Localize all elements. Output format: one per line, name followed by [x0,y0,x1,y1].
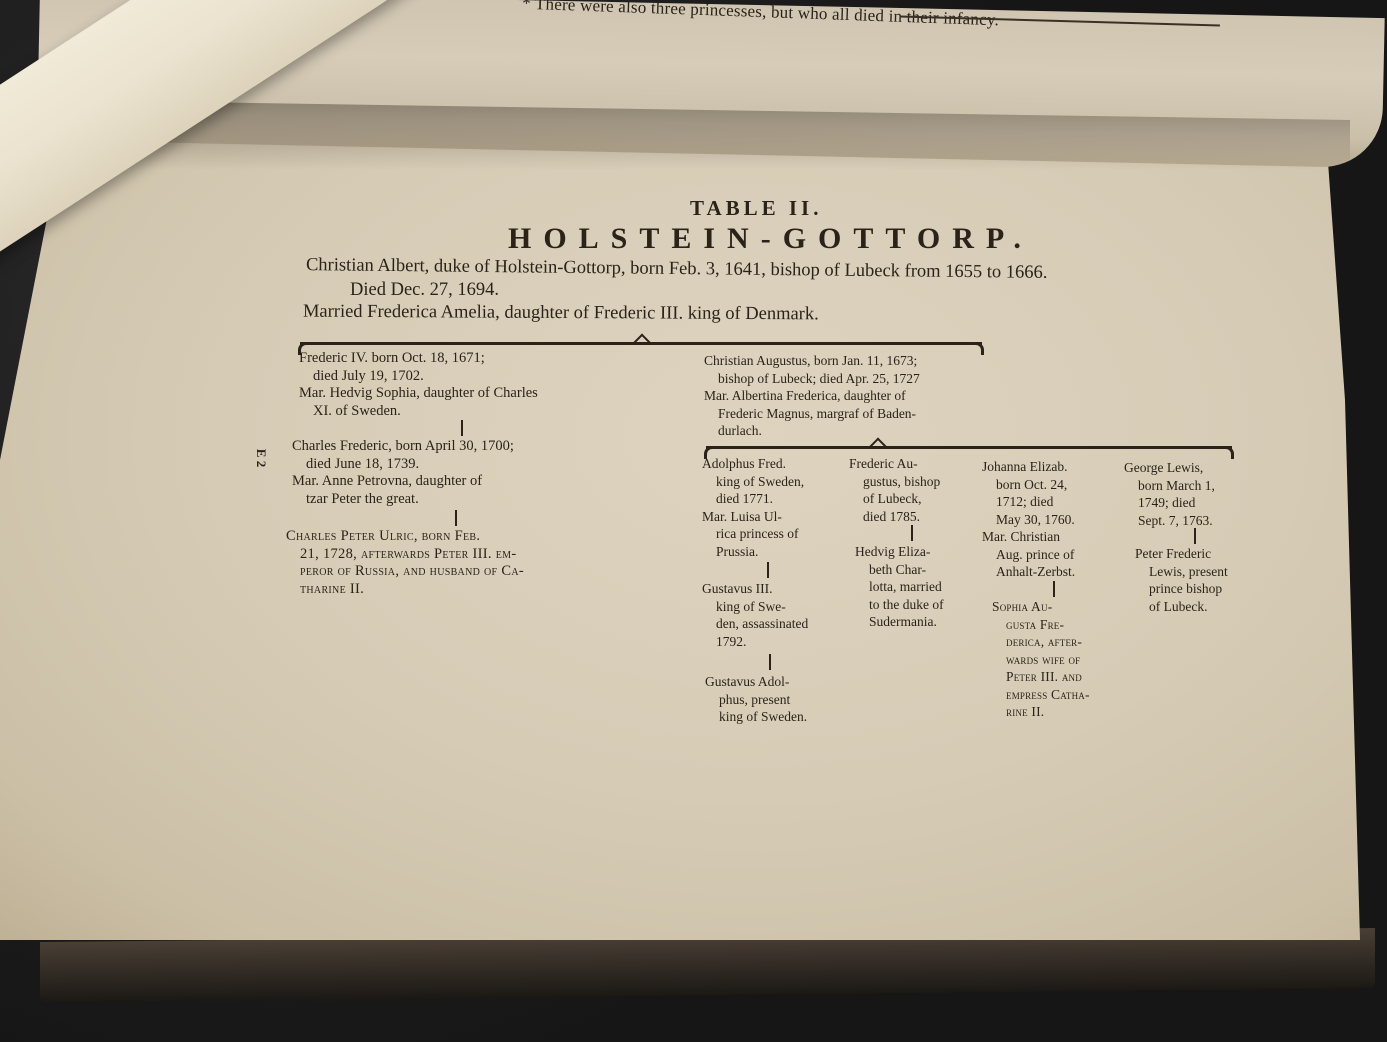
entry-line: bishop of Lubeck; died Apr. 25, 1727 [704,370,920,388]
entry-line: May 30, 1760. [982,511,1075,529]
entry-line: Mar. Christian [982,528,1075,546]
entry-line: Anhalt-Zerbst. [982,563,1075,581]
entry-hedvig-elizabeth-charlotta: Hedvig Eliza- beth Char- lotta, married … [855,543,944,631]
entry-charles-peter-ulric: Charles Peter Ulric, born Feb. 21, 1728,… [286,528,524,598]
descent-line [767,562,769,578]
entry-line: 1749; died [1124,494,1215,512]
entry-frederic-iv: Frederic IV. born Oct. 18, 1671; died Ju… [299,350,538,420]
entry-christian-augustus: Christian Augustus, born Jan. 11, 1673; … [704,352,920,440]
root-line-2: Died Dec. 27, 1694. [350,279,499,301]
entry-line: rica princess of [702,525,804,543]
entry-line: George Lewis, [1124,459,1215,477]
root-line-3: Married Frederica Amelia, daughter of Fr… [303,301,819,326]
entry-line: Christian Augustus, born Jan. 11, 1673; [704,352,920,370]
entry-line: Prussia. [702,543,804,561]
entry-frederic-augustus: Frederic Au- gustus, bishop of Lubeck, d… [849,455,940,525]
entry-line: Frederic Magnus, margraf of Baden- [704,405,920,423]
entry-line: Hedvig Eliza- [855,543,944,561]
entry-line: Sophia Au- [992,598,1090,616]
entry-line: phus, present [705,691,807,709]
entry-line: Charles Frederic, born April 30, 1700; [292,438,514,456]
entry-line: empress Catha- [992,686,1090,704]
entry-line: Lewis, present [1135,563,1228,581]
entry-gustavus-iii: Gustavus III. king of Swe- den, assassin… [702,580,808,650]
entry-line: died July 19, 1702. [299,368,538,386]
entry-line: Peter III. and [992,668,1090,686]
entry-line: of Lubeck. [1135,598,1228,616]
descent-line [455,510,457,526]
entry-george-lewis: George Lewis, born March 1, 1749; died S… [1124,459,1215,529]
entry-line: king of Sweden. [705,708,807,726]
descent-line [769,654,771,670]
entry-line: Sudermania. [855,613,944,631]
entry-adolphus-fred: Adolphus Fred. king of Sweden, died 1771… [702,455,804,560]
brace-christian-augustus-children [706,446,1232,451]
entry-line: Peter Frederic [1135,545,1228,563]
entry-line: Gustavus III. [702,580,808,598]
entry-line: Johanna Elizab. [982,458,1075,476]
entry-line: rine II. [992,703,1090,721]
entry-line: tzar Peter the great. [292,491,514,509]
table-title: HOLSTEIN-GOTTORP. [508,222,1033,256]
entry-sophia-augusta-frederica: Sophia Au- gusta Fre- derica, after- war… [992,598,1090,721]
entry-line: 1792. [702,633,808,651]
entry-line: king of Sweden, [702,473,804,491]
entry-line: derica, after- [992,633,1090,651]
descent-line [911,525,913,541]
entry-line: of Lubeck, [849,490,940,508]
descent-line [1194,528,1196,544]
entry-line: gusta Fre- [992,616,1090,634]
entry-line: XI. of Sweden. [299,403,538,421]
signature-mark: E 2 [253,449,269,467]
entry-line: born Oct. 24, [982,476,1075,494]
entry-line: durlach. [704,422,920,440]
entry-line: Frederic IV. born Oct. 18, 1671; [299,350,538,368]
entry-line: prince bishop [1135,580,1228,598]
entry-line: Mar. Anne Petrovna, daughter of [292,473,514,491]
entry-line: Charles Peter Ulric, born Feb. [286,528,524,546]
entry-johanna-elizabeth: Johanna Elizab. born Oct. 24, 1712; died… [982,458,1075,581]
entry-line: Frederic Au- [849,455,940,473]
entry-line: den, assassinated [702,615,808,633]
descent-line [461,420,463,436]
entry-line: gustus, bishop [849,473,940,491]
brace-root-children [300,342,982,347]
entry-line: lotta, married [855,578,944,596]
entry-line: born March 1, [1124,477,1215,495]
entry-line: died 1771. [702,490,804,508]
entry-line: beth Char- [855,561,944,579]
entry-line: to the duke of [855,596,944,614]
entry-line: died 1785. [849,508,940,526]
entry-line: tharine II. [286,581,524,599]
entry-line: Mar. Luisa Ul- [702,508,804,526]
entry-line: 21, 1728, afterwards Peter III. em- [286,546,524,564]
entry-line: Gustavus Adol- [705,673,807,691]
entry-line: Sept. 7, 1763. [1124,512,1215,530]
table-label: TABLE II. [690,196,822,221]
entry-charles-frederic: Charles Frederic, born April 30, 1700; d… [292,438,514,508]
entry-peter-frederic-lewis: Peter Frederic Lewis, present prince bis… [1135,545,1228,615]
entry-line: died June 18, 1739. [292,456,514,474]
entry-line: Aug. prince of [982,546,1075,564]
entry-line: Mar. Hedvig Sophia, daughter of Charles [299,385,538,403]
entry-line: wards wife of [992,651,1090,669]
entry-gustavus-adolphus: Gustavus Adol- phus, present king of Swe… [705,673,807,726]
entry-line: peror of Russia, and husband of Ca- [286,563,524,581]
entry-line: Adolphus Fred. [702,455,804,473]
descent-line [1053,581,1055,597]
entry-line: 1712; died [982,493,1075,511]
entry-line: Mar. Albertina Frederica, daughter of [704,387,920,405]
entry-line: king of Swe- [702,598,808,616]
